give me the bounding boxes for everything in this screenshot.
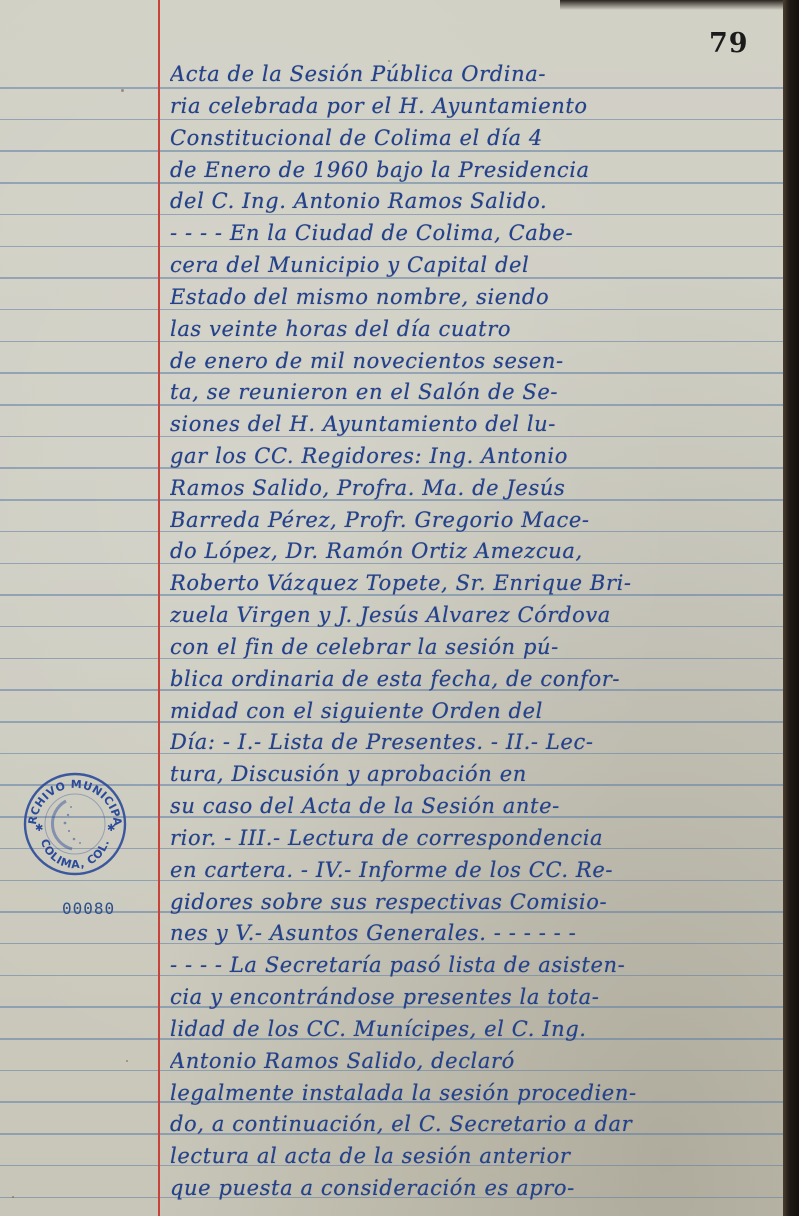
rule-line <box>0 277 783 279</box>
handwritten-line: rior. - III.- Lectura de correspondencia <box>170 826 775 850</box>
handwritten-line: tura, Discusión y aprobación en <box>170 762 775 786</box>
handwritten-line: Estado del mismo nombre, siendo <box>170 285 775 309</box>
rule-line <box>0 119 783 121</box>
handwritten-line: Ramos Salido, Profra. Ma. de Jesús <box>170 476 775 500</box>
handwritten-line: Barreda Pérez, Profr. Gregorio Mace- <box>170 508 775 532</box>
rule-line <box>0 341 783 343</box>
handwritten-line: lectura al acta de la sesión anterior <box>170 1144 775 1168</box>
handwritten-line: Constitucional de Colima el día 4 <box>170 126 775 150</box>
rule-line <box>0 87 783 89</box>
handwritten-line: - - - - En la Ciudad de Colima, Cabe- <box>170 221 775 245</box>
ledger-page: 79 Acta de la Sesión Pública Ordina-ria … <box>0 0 783 1216</box>
handwritten-line: blica ordinaria de esta fecha, de confor… <box>170 667 775 691</box>
handwritten-line: siones del H. Ayuntamiento del lu- <box>170 412 775 436</box>
handwritten-line: do López, Dr. Ramón Ortiz Amezcua, <box>170 539 775 563</box>
handwritten-line: Antonio Ramos Salido, declaró <box>170 1049 775 1073</box>
handwritten-line: legalmente instalada la sesión procedien… <box>170 1081 775 1105</box>
handwritten-line: - - - - La Secretaría pasó lista de asis… <box>170 953 775 977</box>
handwritten-line: lidad de los CC. Munícipes, el C. Ing. <box>170 1017 775 1041</box>
svg-text:✱: ✱ <box>35 823 43 834</box>
handwritten-line: do, a continuación, el C. Secretario a d… <box>170 1112 775 1136</box>
rule-line <box>0 309 783 311</box>
stamp-seal-icon: ARCHIVO MUNICIPAL COLIMA, COL. ✱ ✱ <box>22 771 128 877</box>
svg-text:ARCHIVO MUNICIPAL: ARCHIVO MUNICIPAL <box>22 771 124 827</box>
paper-speck <box>121 89 124 92</box>
handwritten-line: las veinte horas del día cuatro <box>170 317 775 341</box>
rule-line <box>0 214 783 216</box>
svg-text:✱: ✱ <box>107 823 115 834</box>
handwritten-line: Roberto Vázquez Topete, Sr. Enrique Bri- <box>170 571 775 595</box>
book-binding-edge <box>783 0 799 1216</box>
rule-line <box>0 246 783 248</box>
handwritten-line: en cartera. - IV.- Informe de los CC. Re… <box>170 858 775 882</box>
handwritten-line: del C. Ing. Antonio Ramos Salido. <box>170 189 775 213</box>
paper-speck <box>126 1060 128 1062</box>
archive-number: 00080 <box>62 899 115 918</box>
handwritten-line: cia y encontrándose presentes la tota- <box>170 985 775 1009</box>
rule-line <box>0 372 783 374</box>
paper-speck <box>12 1196 14 1198</box>
handwritten-line: con el fin de celebrar la sesión pú- <box>170 635 775 659</box>
rule-line <box>0 182 783 184</box>
handwritten-line: cera del Municipio y Capital del <box>170 253 775 277</box>
handwritten-line: ta, se reunieron en el Salón de Se- <box>170 380 775 404</box>
handwritten-line: nes y V.- Asuntos Generales. - - - - - - <box>170 921 775 945</box>
red-margin-line <box>158 0 160 1216</box>
handwritten-line: Día: - I.- Lista de Presentes. - II.- Le… <box>170 730 775 754</box>
handwritten-line: que puesta a consideración es apro- <box>170 1176 775 1200</box>
rule-line <box>0 150 783 152</box>
handwritten-line: su caso del Acta de la Sesión ante- <box>170 794 775 818</box>
handwritten-line: Acta de la Sesión Pública Ordina- <box>170 62 775 86</box>
paper-speck <box>388 60 390 62</box>
page-top-shadow <box>560 0 799 10</box>
handwritten-line: zuela Virgen y J. Jesús Alvarez Córdova <box>170 603 775 627</box>
handwritten-line: de Enero de 1960 bajo la Presidencia <box>170 158 775 182</box>
page-number: 79 <box>709 28 749 59</box>
handwritten-line: ria celebrada por el H. Ayuntamiento <box>170 94 775 118</box>
handwritten-line: gidores sobre sus respectivas Comisio- <box>170 890 775 914</box>
handwritten-line: midad con el siguiente Orden del <box>170 699 775 723</box>
handwritten-line: gar los CC. Regidores: Ing. Antonio <box>170 444 775 468</box>
archivo-municipal-stamp: ARCHIVO MUNICIPAL COLIMA, COL. ✱ ✱ <box>22 771 128 877</box>
handwritten-line: de enero de mil novecientos sesen- <box>170 349 775 373</box>
